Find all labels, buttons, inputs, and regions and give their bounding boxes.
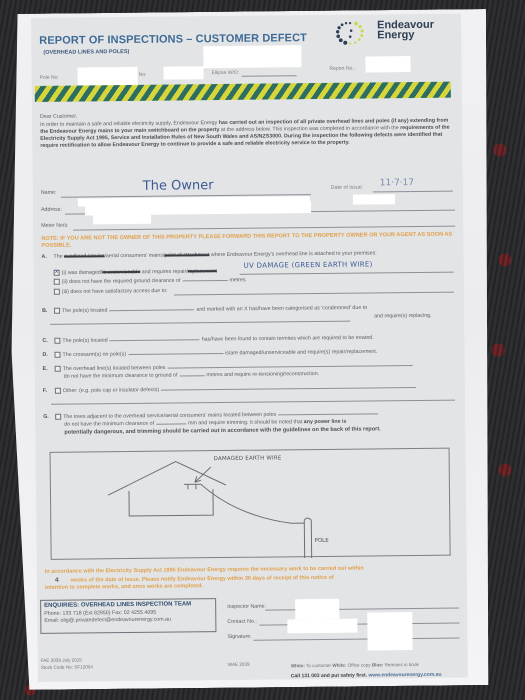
footer-center-code: WAE 2039 <box>228 662 250 668</box>
form-subtitle: (OVERHEAD LINES AND POLES) <box>43 49 129 57</box>
clearance-field[interactable] <box>182 280 227 281</box>
item-e-poles-field[interactable] <box>167 365 412 369</box>
item-f-checkbox[interactable] <box>55 388 61 394</box>
map-no-field[interactable] <box>164 66 204 79</box>
item-b-location-field[interactable] <box>109 310 194 312</box>
item-c-checkbox[interactable] <box>54 338 60 344</box>
letter-body: In order to maintain a safe and reliable… <box>40 118 452 150</box>
item-f: F. Other: (e.g. pole cap or insulator de… <box>43 384 455 396</box>
report-no-field[interactable] <box>365 56 410 72</box>
endeavour-energy-logo: Endeavour Energy <box>333 18 453 49</box>
item-a-ii-checkbox[interactable] <box>54 279 60 285</box>
item-b-checkbox[interactable] <box>54 308 60 314</box>
item-a: A. The overhead service/aerial consumers… <box>41 250 453 261</box>
enquiries-box: ENQUIRIES: OVERHEAD LINES INSPECTION TEA… <box>40 598 216 634</box>
item-b-tail: and require(s) replacing. <box>374 313 431 320</box>
date-label: Date of issue: <box>331 185 363 192</box>
house-pole-sketch <box>51 449 452 561</box>
footer-stock-code: Stock Code No: SF12004 <box>41 664 93 671</box>
redacted-signature <box>367 612 412 650</box>
weeks-value: 4 <box>55 577 59 584</box>
website-link[interactable]: www.endeavourenergy.com.au <box>368 672 441 679</box>
item-d: D. The crossarm(s) on pole(s)is/are dama… <box>42 348 454 360</box>
item-a-iii-checkbox[interactable] <box>54 289 60 295</box>
inspection-form: REPORT OF INSPECTIONS – CUSTOMER DEFECT … <box>31 13 468 681</box>
footer-copies: White: To customer White: Office copy Bl… <box>291 662 419 669</box>
item-c: C. The pole(s) locatedhas/have been foun… <box>42 334 454 346</box>
item-c-field[interactable] <box>110 340 200 342</box>
report-no-label: Report No.: <box>330 66 356 73</box>
item-g-poles-field[interactable] <box>278 414 378 416</box>
item-d-field[interactable] <box>128 353 223 355</box>
inspector-name-label: Inspector Name: <box>227 604 266 611</box>
contact-no-label: Contact No.: <box>227 619 257 626</box>
ellipse-wo-label: Ellipse W/O: <box>212 70 240 77</box>
logo-dots-icon <box>333 18 373 48</box>
enquiries-email[interactable]: Email: olig@.privatedefect@endeavourener… <box>44 616 212 625</box>
sketch-label-pole: POLE <box>314 538 328 545</box>
logo-line2: Energy <box>377 30 434 41</box>
owner-notice: NOTE: IF YOU ARE NOT THE OWNER OF THIS P… <box>41 232 453 251</box>
redacted-contact-no <box>287 619 357 634</box>
item-e-checkbox[interactable] <box>55 366 61 372</box>
redacted-header-field <box>203 45 301 68</box>
item-b-reason-field[interactable] <box>50 321 350 325</box>
item-f-field-2[interactable] <box>51 400 455 405</box>
item-g-clearance-field[interactable] <box>156 423 186 424</box>
name-value: The Owner <box>143 178 214 196</box>
item-f-field[interactable] <box>161 387 416 391</box>
sketch-label-damaged: DAMAGED EARTH WIRE <box>214 455 282 463</box>
item-g-checkbox[interactable] <box>55 414 61 420</box>
sketch-area[interactable]: DAMAGED EARTH WIRE POLE <box>50 448 451 560</box>
item-a-i-checkbox[interactable] <box>54 270 60 276</box>
item-d-checkbox[interactable] <box>54 352 60 358</box>
signature-field[interactable] <box>254 638 460 641</box>
pole-no-label: Pole No: <box>40 75 59 82</box>
signature-label: Signature: <box>227 634 251 641</box>
date-value: 11·7·17 <box>380 178 414 190</box>
footer-form-code: FAE 2039 July 2015 <box>41 658 82 664</box>
item-e-clearance-field[interactable] <box>179 375 204 376</box>
item-a-i-handwritten: UV DAMAGE (GREEN EARTH WIRE) <box>244 260 373 270</box>
hazard-stripe <box>35 82 451 102</box>
redacted-inspector-name <box>295 599 339 619</box>
